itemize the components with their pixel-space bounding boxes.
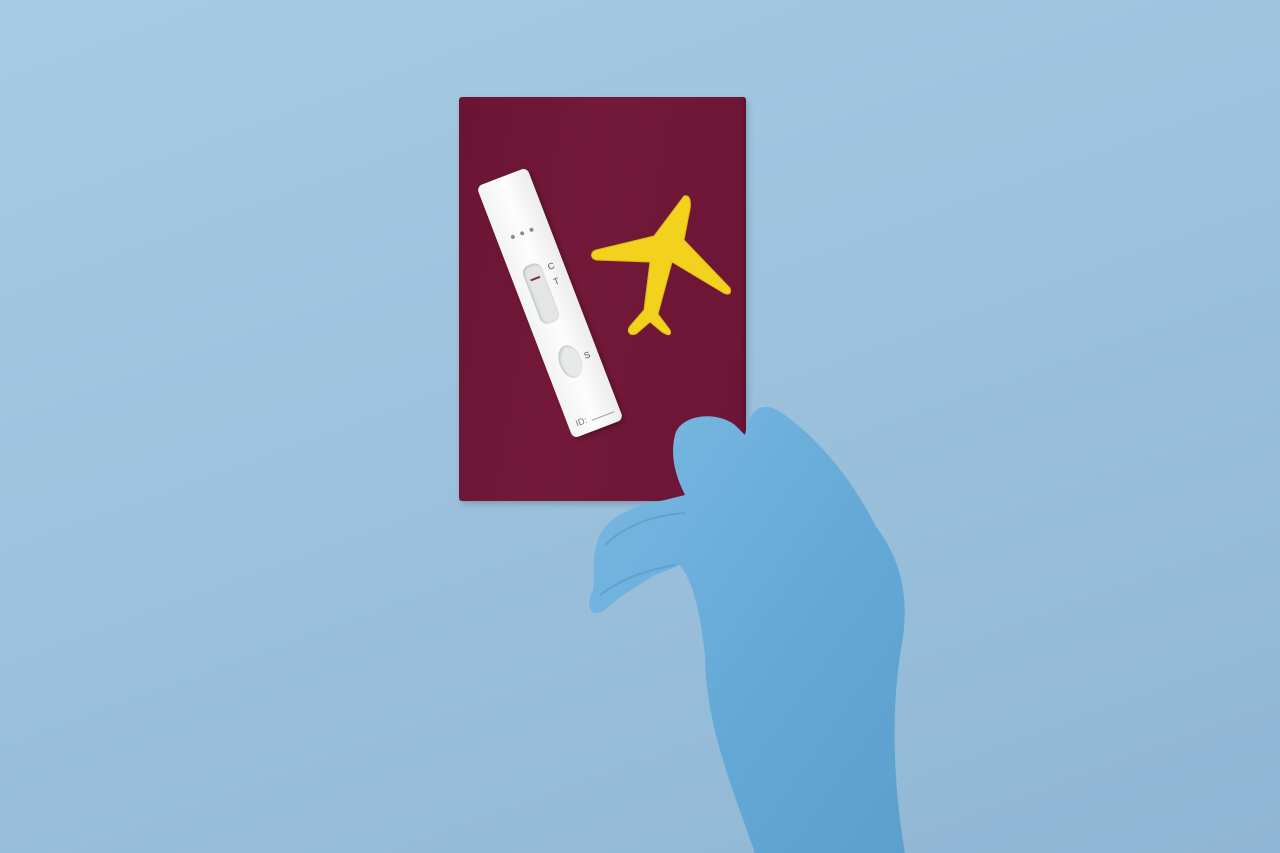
airplane-icon [588, 190, 734, 342]
test-label: T [552, 276, 561, 287]
control-line [530, 276, 540, 281]
photo-scene: C T S ID: [0, 0, 1280, 853]
gloved-hand [585, 395, 915, 853]
sample-well [554, 342, 587, 382]
control-label: C [546, 260, 556, 272]
result-window [521, 261, 562, 326]
cassette-dots [510, 227, 534, 239]
sample-label: S [583, 349, 592, 360]
